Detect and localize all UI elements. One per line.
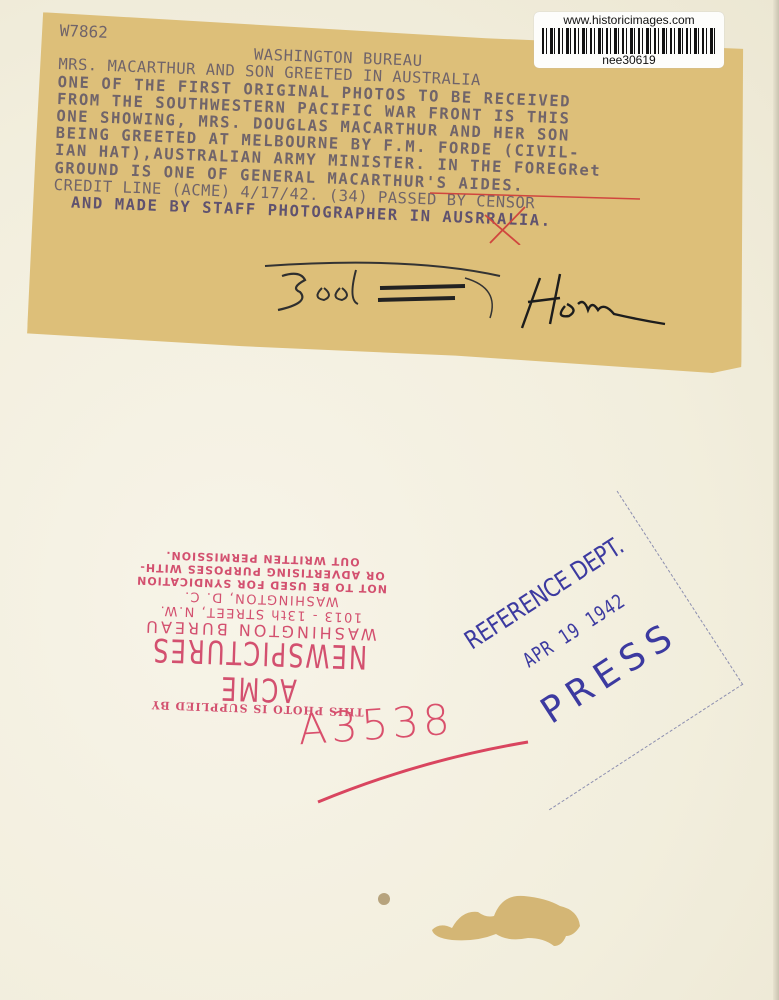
stamp-agency-name: ACME NEWSPICTURES bbox=[107, 629, 409, 711]
pencil-note-3-col-hom bbox=[260, 258, 680, 338]
barcode-label: www.historicimages.com nee30619 bbox=[534, 12, 724, 68]
acme-newspictures-stamp: THIS PHOTO IS SUPPLIED BY ACME NEWSPICTU… bbox=[107, 540, 413, 720]
barcode-icon bbox=[542, 28, 716, 54]
label-url: www.historicimages.com bbox=[534, 13, 724, 27]
red-x-correction-mark bbox=[430, 185, 650, 245]
ink-spot bbox=[378, 893, 390, 905]
label-code: nee30619 bbox=[534, 53, 724, 67]
red-underline-stroke bbox=[300, 730, 540, 810]
water-stain bbox=[420, 890, 600, 950]
paper-edge bbox=[773, 0, 779, 1000]
